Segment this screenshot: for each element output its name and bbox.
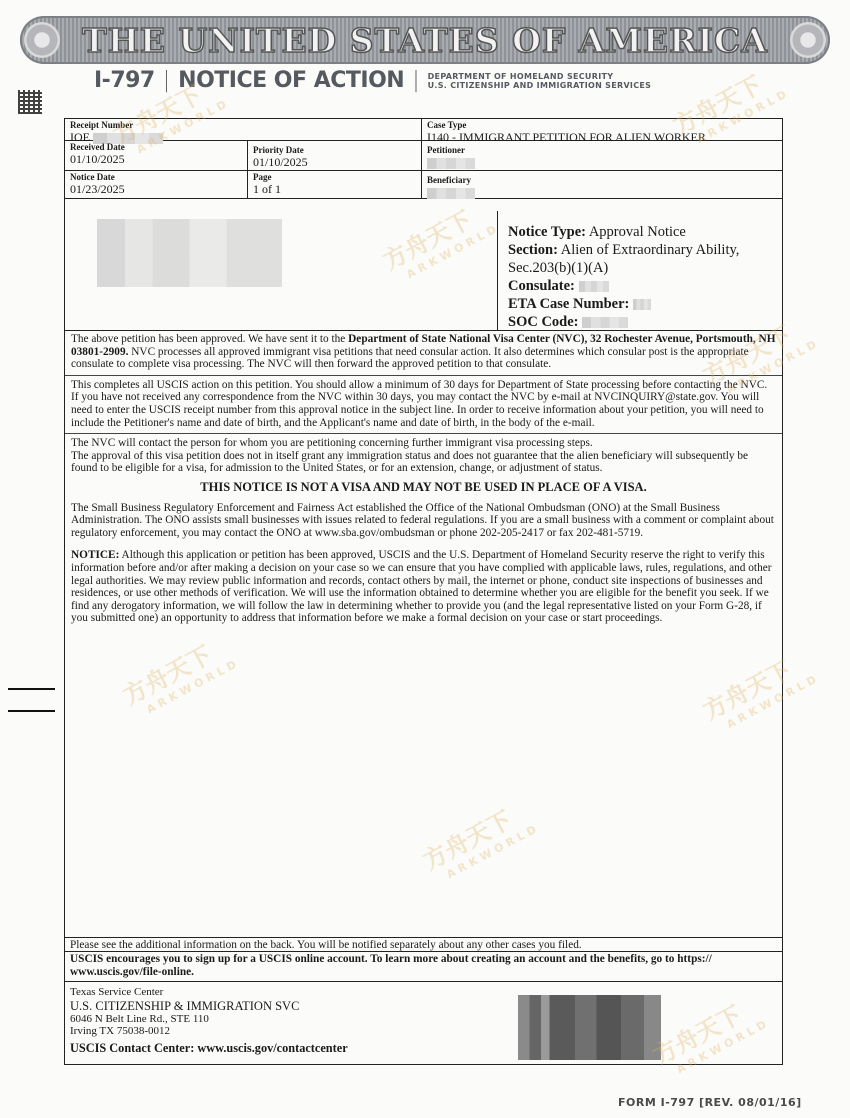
notice-date-label: Notice Date [70,172,242,182]
banner: THE UNITED STATES OF AMERICA [20,16,830,64]
service-center: Texas Service Center [70,986,777,999]
row-notice-date: Notice Date 01/23/2025 Page 1 of 1 Benef… [65,171,782,199]
row-dates: Received Date 01/10/2025 Priority Date 0… [65,141,782,171]
petitioner-cell: Petitioner [421,141,782,170]
beneficiary-label: Beneficiary [427,175,777,185]
consulate-label: Consulate: [508,278,575,294]
online-account-note: USCIS encourages you to sign up for a US… [65,951,782,982]
notice-date-value: 01/23/2025 [70,182,242,196]
case-type-cell: Case Type I140 - IMMIGRANT PETITION FOR … [421,119,782,140]
service-center-address: Texas Service Center U.S. CITIZENSHIP & … [65,981,782,1058]
divider [65,433,782,434]
row-receipt: Receipt Number IOE Case Type I140 - IMMI… [65,119,782,141]
notice-date-cell: Notice Date 01/23/2025 [65,171,247,198]
beneficiary-cell: Beneficiary [421,171,782,198]
redacted-block [427,158,475,169]
soc-code-label: SOC Code: [508,314,579,330]
text: The above petition has been approved. We… [71,333,348,345]
section-code: Sec.203(b)(1)(A) [508,259,782,277]
not-a-visa-warning: THIS NOTICE IS NOT A VISA AND MAY NOT BE… [71,481,776,494]
notice-title: NOTICE OF ACTION [178,68,404,93]
ornament-icon [24,22,60,58]
paragraph-no-status: The approval of this visa petition does … [71,450,776,475]
notice-type-value: Approval Notice [589,224,686,240]
notice-type-label: Notice Type: [508,224,586,240]
received-date-value: 01/10/2025 [70,152,242,166]
text: Although this application or petition ha… [71,549,772,624]
page-cell: Page 1 of 1 [247,171,421,198]
priority-date-cell: Priority Date 01/10/2025 [247,141,421,170]
ornament-icon [790,22,826,58]
address-section: Notice Type: Approval Notice Section: Al… [65,199,782,331]
form-revision: FORM I-797 [REV. 08/01/16] [618,1096,802,1109]
redacted-block [579,281,609,292]
notice-body: The above petition has been approved. We… [65,333,782,629]
priority-date-label: Priority Date [253,145,416,155]
paragraph-ombudsman: The Small Business Regulatory Enforcemen… [71,502,776,540]
department-line1: DEPARTMENT OF HOMELAND SECURITY [428,72,614,81]
notice-label: NOTICE: [71,549,119,561]
city-state-zip: Irving TX 75038-0012 [70,1025,777,1038]
street-address: 6046 N Belt Line Rd., STE 110 [70,1013,777,1026]
form-header: I-797 | NOTICE OF ACTION | DEPARTMENT OF… [94,68,651,93]
department-line2: U.S. CITIZENSHIP AND IMMIGRATION SERVICE… [428,81,652,90]
eta-case-number-label: ETA Case Number: [508,296,629,312]
divider [65,375,782,376]
section-label: Section: [508,242,558,258]
received-date-cell: Received Date 01/10/2025 [65,141,247,170]
case-type-label: Case Type [427,120,777,130]
additional-info-note: Please see the additional information on… [65,937,782,952]
contact-center: USCIS Contact Center: www.uscis.gov/cont… [70,1042,777,1055]
form-number: I-797 [94,68,155,93]
redacted-block [582,317,628,328]
priority-date-value: 01/10/2025 [253,155,416,169]
separator: | [163,68,170,93]
fold-marks [8,688,55,712]
text: NVC processes all approved immigrant vis… [71,346,749,371]
notice-type-box: Notice Type: Approval Notice Section: Al… [497,211,782,330]
redacted-barcode [518,995,661,1060]
agency-name: U.S. CITIZENSHIP & IMMIGRATION SVC [70,999,777,1013]
page-value: 1 of 1 [253,182,416,196]
notice-form: Receipt Number IOE Case Type I140 - IMMI… [64,118,783,1065]
page-label: Page [253,172,416,182]
receipt-number-cell: Receipt Number IOE [65,119,421,140]
department-name: DEPARTMENT OF HOMELAND SECURITY U.S. CIT… [428,72,652,90]
received-date-label: Received Date [70,142,242,152]
redacted-block [633,299,651,310]
section-value: Alien of Extraordinary Ability, [561,242,740,258]
paragraph-approval: The above petition has been approved. We… [71,333,776,371]
paragraph-nvc-steps: The NVC will contact the person for whom… [71,437,776,450]
receipt-number-label: Receipt Number [70,120,416,130]
redacted-block [427,188,475,199]
qr-code-icon [18,90,42,114]
paragraph-nvc-contact: This completes all USCIS action on this … [71,379,776,429]
separator: | [412,68,419,93]
banner-title: THE UNITED STATES OF AMERICA [82,21,768,60]
paragraph-notice: NOTICE: Although this application or pet… [71,549,776,625]
petitioner-label: Petitioner [427,145,777,155]
redacted-mailing-address [97,219,282,287]
